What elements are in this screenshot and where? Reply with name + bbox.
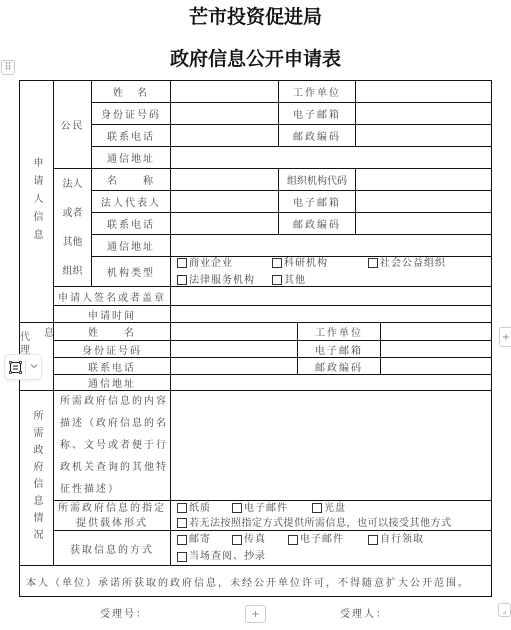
agent-name-input[interactable] [170, 322, 298, 341]
applicant-section-label: 申请人信息 [19, 80, 54, 323]
acceptance-number-label: 受理号： [100, 605, 148, 620]
org-legal-rep-label: 法人代表人 [91, 190, 171, 213]
format-label: 所需政府信息的指定 提供载体形式 [53, 500, 171, 531]
cell-align-toolbar[interactable] [4, 354, 42, 380]
agent-email-input[interactable] [380, 340, 492, 358]
org-type-options: 商业企业 科研机构 社会公益组织 法律服务机构 其他 [170, 256, 492, 287]
add-column-button[interactable]: + [499, 327, 511, 347]
org-legal-rep-input[interactable] [170, 190, 279, 213]
agent-phone-label: 联系电话 [53, 357, 171, 375]
citizen-name-label: 姓 名 [91, 80, 171, 103]
signature-input[interactable] [170, 286, 492, 306]
org-type-label: 机构类型 [91, 256, 171, 287]
agency-title: 芒市投资促进局 [0, 2, 511, 29]
org-type-nonprofit[interactable]: 社会公益组织 [368, 255, 446, 272]
format-email[interactable]: 电子邮件 [232, 501, 312, 516]
agent-postal-label: 邮政编码 [297, 357, 381, 375]
citizen-email-label: 电子邮箱 [278, 102, 356, 125]
agent-address-label: 通信地址 [53, 374, 171, 391]
citizen-work-unit-label: 工作单位 [278, 80, 356, 103]
org-type-commercial[interactable]: 商业企业 [177, 255, 272, 272]
org-code-label: 组织机构代码 [278, 168, 356, 191]
format-fallback[interactable]: 若无法按照指定方式提供所需信息，也可以接受其他方式 [177, 516, 452, 531]
citizen-id-label: 身份证号码 [91, 102, 171, 125]
delivery-options: 邮寄 传真 电子邮件 自行领取 当场查阅、抄录 [170, 530, 492, 566]
org-phone-input[interactable] [170, 212, 279, 235]
checkbox-icon [312, 503, 322, 513]
checkbox-icon [177, 503, 187, 513]
checkbox-icon [177, 258, 187, 268]
add-row-button[interactable]: + [245, 605, 266, 623]
description-input[interactable] [170, 390, 492, 501]
agent-work-unit-label: 工作单位 [297, 322, 381, 341]
org-group-label-4: 组织 [63, 257, 83, 286]
delivery-label: 获取信息的方式 [53, 530, 171, 566]
agent-name-label: 姓 名 [53, 322, 171, 341]
citizen-id-input[interactable] [170, 102, 279, 125]
table-resize-handle-icon[interactable]: ⌟ [498, 603, 511, 617]
org-code-input[interactable] [355, 168, 492, 191]
citizen-phone-input[interactable] [170, 124, 279, 147]
citizen-email-input[interactable] [355, 102, 492, 125]
citizen-address-input[interactable] [170, 146, 492, 169]
citizen-phone-label: 联系电话 [91, 124, 171, 147]
table-drag-handle-icon[interactable]: ⠿ [1, 60, 15, 75]
apply-time-input[interactable] [170, 305, 492, 323]
agent-email-label: 电子邮箱 [297, 340, 381, 358]
format-options: 纸质 电子邮件 光盘 若无法按照指定方式提供所需信息，也可以接受其他方式 [170, 500, 492, 531]
checkbox-icon [177, 275, 187, 285]
checkbox-icon [177, 552, 187, 562]
org-type-research[interactable]: 科研机构 [272, 255, 368, 272]
citizen-postal-input[interactable] [355, 124, 492, 147]
agent-id-label: 身份证号码 [53, 340, 171, 358]
checkbox-icon [272, 275, 282, 285]
citizen-work-unit-input[interactable] [355, 80, 492, 103]
citizen-postal-label: 邮政编码 [278, 124, 356, 147]
checkbox-icon [368, 535, 378, 545]
org-postal-label: 邮政编码 [278, 212, 356, 235]
delivery-email[interactable]: 电子邮件 [288, 531, 368, 548]
form-title: 政府信息公开申请表 [0, 44, 511, 71]
applicant-section-text: 申请人信息 [27, 157, 46, 247]
signature-label: 申请人签名或者盖章 [53, 286, 171, 306]
citizen-name-input[interactable] [170, 80, 279, 103]
org-postal-input[interactable] [355, 212, 492, 235]
agent-work-unit-input[interactable] [380, 322, 492, 341]
delivery-mail[interactable]: 邮寄 [177, 531, 232, 548]
agent-address-input[interactable] [170, 374, 492, 391]
checkbox-icon [232, 503, 242, 513]
requested-info-section-text: 所需政府信息情况 [27, 410, 46, 546]
org-email-input[interactable] [355, 190, 492, 213]
checkbox-icon [288, 535, 298, 545]
org-phone-label: 联系电话 [91, 212, 171, 235]
agent-id-input[interactable] [170, 340, 298, 358]
delivery-fax[interactable]: 传真 [232, 531, 288, 548]
format-paper[interactable]: 纸质 [177, 501, 232, 516]
org-group-label-1: 法人 [63, 170, 83, 199]
checkbox-icon [368, 258, 378, 268]
citizen-address-label: 通信地址 [91, 146, 171, 169]
citizen-group-label: 公民 [53, 80, 92, 169]
org-group-label-3: 其他 [63, 228, 83, 257]
organization-group-label: 法人 或者 其他 组织 [53, 168, 92, 287]
requested-info-section-label: 所需政府信息情况 [19, 390, 54, 566]
pledge-statement: 本人（单位）承诺所获取的政府信息，未经公开单位许可，不得随意扩大公开范围。 [19, 565, 492, 597]
agent-postal-input[interactable] [380, 357, 492, 375]
apply-time-label: 申请时间 [53, 305, 171, 323]
format-disc[interactable]: 光盘 [312, 501, 346, 516]
align-icon[interactable] [5, 361, 25, 374]
chevron-down-icon[interactable] [26, 362, 41, 372]
delivery-onsite[interactable]: 当场查阅、抄录 [177, 548, 266, 565]
checkbox-icon [272, 258, 282, 268]
org-email-label: 电子邮箱 [278, 190, 356, 213]
description-label: 所需政府信息的内容 描述（政府信息的名 称、文号或者便于行 政机关查询的其他特 … [53, 390, 171, 501]
checkbox-icon [177, 518, 187, 528]
acceptor-label: 受理人： [340, 605, 388, 620]
org-group-label-2: 或者 [63, 199, 83, 228]
delivery-self-pickup[interactable]: 自行领取 [368, 531, 424, 548]
org-address-label: 通信地址 [91, 234, 171, 257]
checkbox-icon [177, 535, 187, 545]
org-name-input[interactable] [170, 168, 279, 191]
agent-phone-input[interactable] [170, 357, 298, 375]
checkbox-icon [232, 535, 242, 545]
org-name-label: 名 称 [91, 168, 171, 191]
